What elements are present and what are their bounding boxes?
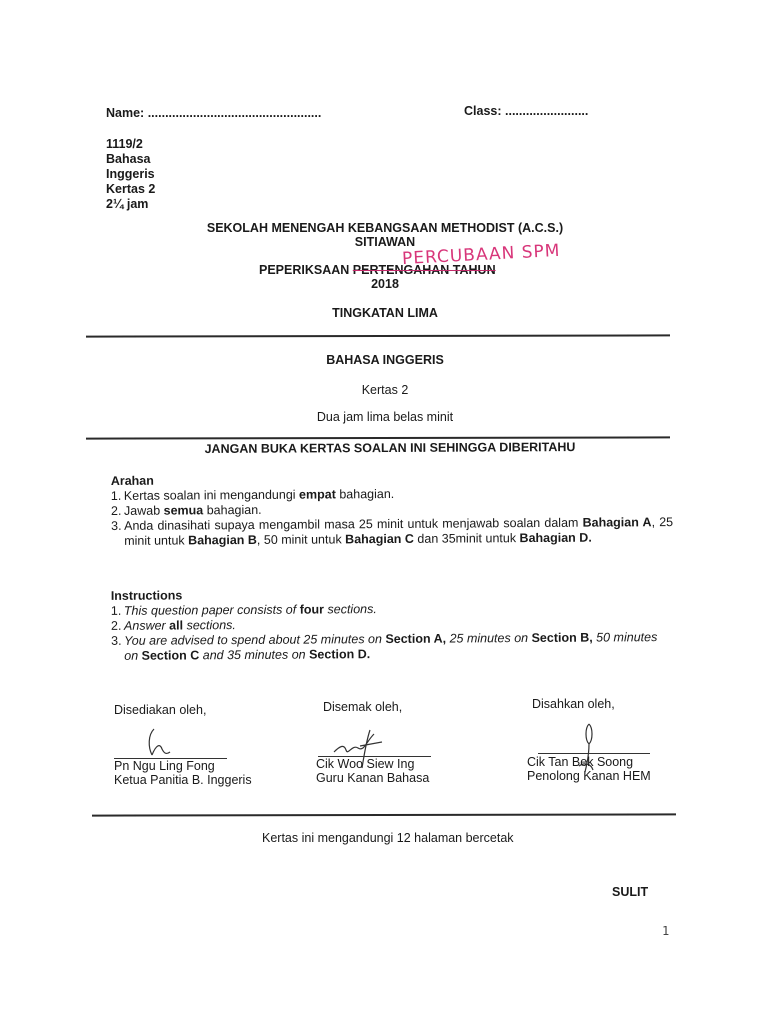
item-text: four <box>300 602 324 616</box>
signatory-name: Cik Tan Bek Soong <box>527 755 651 769</box>
signatory-checked: Cik Woo Siew Ing Guru Kanan Bahasa <box>316 757 429 785</box>
item-text: Bahagian C <box>345 532 414 546</box>
item-number: 2. <box>111 504 122 519</box>
item-text: sections. <box>183 618 236 632</box>
class-label: Class: <box>464 104 502 118</box>
signatory-name: Cik Woo Siew Ing <box>316 757 429 771</box>
classification-label: SULIT <box>612 885 648 899</box>
subject-duration: Dua jam lima belas minit <box>150 410 620 425</box>
arahan-section: Arahan 1.Kertas soalan ini mengandungi e… <box>111 470 674 549</box>
signatory-role: Guru Kanan Bahasa <box>316 771 429 785</box>
name-field: Name: ..................................… <box>106 106 321 120</box>
item-text: Section A, <box>385 632 446 646</box>
item-text: Section B, <box>532 631 593 645</box>
page-count-note: Kertas ini mengandungi 12 halaman bercet… <box>262 831 514 846</box>
item-text: dan 35minit untuk <box>414 531 520 546</box>
signatory-name: Pn Ngu Ling Fong <box>114 759 252 773</box>
paper-info: 1119/2 Bahasa Inggeris Kertas 2 2¼ jam <box>106 137 155 212</box>
sig-label-checked: Disemak oleh, <box>323 700 402 714</box>
signatory-prepared: Pn Ngu Ling Fong Ketua Panitia B. Ingger… <box>114 759 252 787</box>
item-number: 1. <box>111 604 122 619</box>
class-blank: ........................ <box>505 104 588 118</box>
paper-code: 1119/2 <box>106 137 155 152</box>
form-level: TINGKATAN LIMA <box>150 306 620 320</box>
signatory-approved: Cik Tan Bek Soong Penolong Kanan HEM <box>527 755 651 783</box>
class-field: Class: ........................ <box>464 104 588 118</box>
signatory-role: Penolong Kanan HEM <box>527 769 651 783</box>
signature-prepared <box>140 725 180 760</box>
paper-number: Kertas 2 <box>106 182 155 197</box>
divider-top <box>86 334 670 337</box>
item-text: sections. <box>324 602 377 616</box>
paper-subject-line1: Bahasa <box>106 152 155 167</box>
exam-prefix: PEPERIKSAAN <box>259 263 349 277</box>
exam-title: PEPERIKSAAN PERTENGAHAN TAHUN <box>259 263 496 277</box>
page-number: 1 <box>662 924 669 938</box>
school-name: SEKOLAH MENENGAH KEBANGSAAN METHODIST (A… <box>150 221 620 235</box>
sig-label-prepared: Disediakan oleh, <box>114 703 206 717</box>
instructions-section: Instructions 1.This question paper consi… <box>111 585 662 664</box>
item-number: 1. <box>111 489 122 504</box>
item-text: This question paper consists of <box>124 603 300 618</box>
item-text: Bahagian D. <box>519 531 591 546</box>
paper-duration: 2¼ jam <box>106 197 155 212</box>
arahan-list: 1.Kertas soalan ini mengandungi empat ba… <box>111 485 673 549</box>
item-text: Section C <box>142 648 200 662</box>
item-text: all <box>169 618 183 632</box>
instructions-list: 1.This question paper consists of four s… <box>111 600 661 664</box>
item-text: Jawab <box>124 504 164 518</box>
item-number: 3. <box>111 634 122 649</box>
item-text: bahagian. <box>336 487 394 501</box>
item-text: bahagian. <box>203 503 261 517</box>
item-text: Bahagian A <box>583 515 652 529</box>
name-label: Name: <box>106 106 144 120</box>
subject-paper: Kertas 2 <box>150 383 620 398</box>
exam-struck-text: PERTENGAHAN TAHUN <box>353 263 496 277</box>
item-text: empat <box>299 487 336 501</box>
item-text: Answer <box>124 619 169 633</box>
item-text: Kertas soalan ini mengandungi <box>124 488 299 503</box>
item-number: 3. <box>111 519 122 534</box>
exam-year: 2018 <box>150 277 620 291</box>
list-item: 3.You are advised to spend about 25 minu… <box>111 630 661 664</box>
signatory-role: Ketua Panitia B. Inggeris <box>114 773 252 787</box>
divider-bottom <box>92 813 676 816</box>
name-blank: ........................................… <box>148 106 322 120</box>
subject-title: BAHASA INGGERIS <box>150 353 620 367</box>
item-text: semua <box>164 503 204 517</box>
item-text: You are advised to spend about 25 minute… <box>124 632 385 648</box>
warning-notice: JANGAN BUKA KERTAS SOALAN INI SEHINGGA D… <box>150 440 630 457</box>
item-text: , 50 minit untuk <box>257 532 345 547</box>
item-number: 2. <box>111 619 122 634</box>
paper-subject-line2: Inggeris <box>106 167 155 182</box>
item-text: Bahagian B <box>188 533 257 547</box>
item-text: and 35 minutes on <box>199 648 309 663</box>
sig-line-approved <box>538 753 650 754</box>
item-text: 25 minutes on <box>446 631 532 646</box>
sig-label-approved: Disahkan oleh, <box>532 697 615 711</box>
list-item: 3.Anda dinasihati supaya mengambil masa … <box>111 515 673 549</box>
item-text: Section D. <box>309 647 370 661</box>
